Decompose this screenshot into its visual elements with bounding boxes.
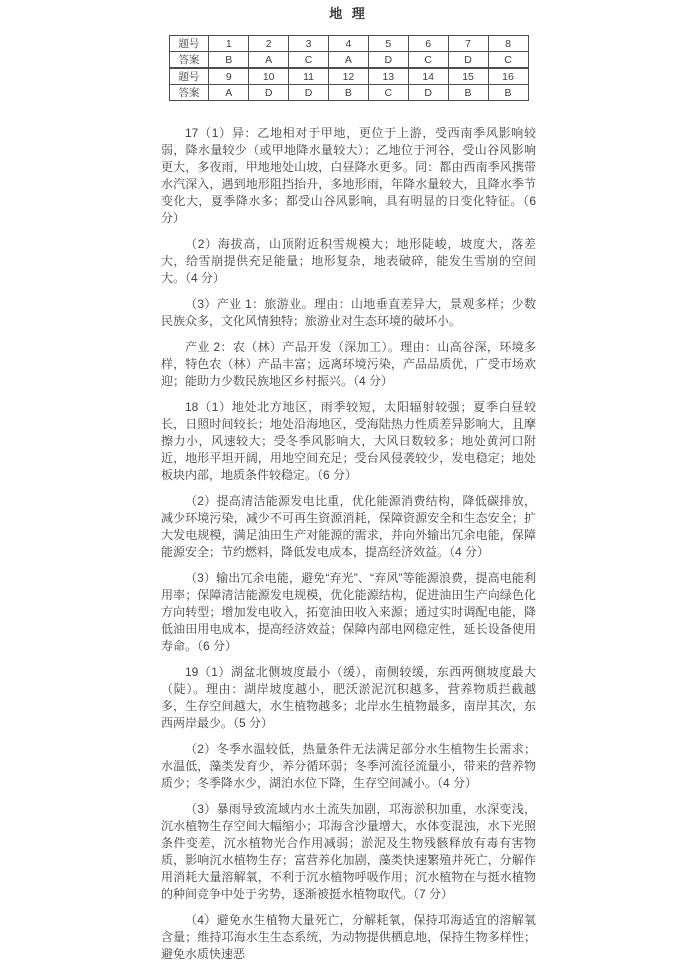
- answer-cell: D: [368, 52, 408, 69]
- answer-cell: A: [249, 52, 289, 69]
- answer-cell: 12: [329, 68, 369, 85]
- answer-cell: D: [249, 85, 289, 101]
- answer-17-1: 17（1）异：乙地相对于甲地，更位于上游，受西南季风影响较弱，降水量较少（或甲地…: [161, 125, 536, 227]
- answer-17-3-industry2: 产业 2：农（林）产品开发（深加工）。理由：山高谷深，环境多样，特色农（林）产品…: [161, 339, 536, 390]
- answer-cell: 4: [329, 36, 369, 52]
- answer-cell: 16: [488, 68, 528, 85]
- row-label-cell: 题号: [169, 68, 209, 85]
- answer-cell: D: [289, 85, 329, 101]
- answer-cell: 8: [488, 36, 528, 52]
- answer-table-row: 答案BACADCDC: [169, 52, 528, 69]
- answer-cell: 2: [249, 36, 289, 52]
- answer-cell: 10: [249, 68, 289, 85]
- answer-18-2: （2）提高清洁能源发电比重，优化能源消费结构，降低碳排放，减少环境污染，减少不可…: [161, 493, 536, 561]
- answer-cell: 9: [209, 68, 249, 85]
- answer-cell: B: [209, 52, 249, 69]
- answer-17-3-industry1: （3）产业 1：旅游业。理由：山地垂直差异大，景观多样；少数民族众多，文化风情独…: [161, 296, 536, 330]
- answer-cell: A: [209, 85, 249, 101]
- answer-18-1: 18（1）地处北方地区，雨季较短，太阳辐射较强；夏季白昼较长，日照时间较长；地处…: [161, 399, 536, 484]
- answer-table-body: 题号12345678答案BACADCDC题号910111213141516答案A…: [169, 36, 528, 101]
- answer-17-2: （2）海拔高，山顶附近积雪规模大；地形陡峻，坡度大，落差大，给雪崩提供充足能量；…: [161, 236, 536, 287]
- answer-table-row: 答案ADDBCDBB: [169, 85, 528, 101]
- answer-cell: 13: [368, 68, 408, 85]
- answer-cell: C: [488, 52, 528, 69]
- row-label-cell: 答案: [169, 85, 209, 101]
- answer-cell: A: [329, 52, 369, 69]
- answer-cell: B: [448, 85, 488, 101]
- answer-cell: 1: [209, 36, 249, 52]
- answer-cell: 7: [448, 36, 488, 52]
- answer-19-1: 19（1）湖盆北侧坡度最小（缓），南侧较缓，东西两侧坡度最大（陡）。理由：湖岸坡…: [161, 664, 536, 732]
- answer-cell: 6: [408, 36, 448, 52]
- answer-cell: 5: [368, 36, 408, 52]
- answer-cell: C: [368, 85, 408, 101]
- answer-cell: C: [408, 52, 448, 69]
- answer-cell: B: [488, 85, 528, 101]
- answer-cell: 11: [289, 68, 329, 85]
- answer-cell: D: [448, 52, 488, 69]
- answer-key-table: 题号12345678答案BACADCDC题号910111213141516答案A…: [169, 35, 529, 101]
- page-title: 地 理: [161, 6, 536, 22]
- answer-cell: 3: [289, 36, 329, 52]
- answer-cell: 15: [448, 68, 488, 85]
- answer-cell: C: [289, 52, 329, 69]
- answer-cell: 14: [408, 68, 448, 85]
- row-label-cell: 答案: [169, 52, 209, 69]
- answer-19-3: （3）暴雨导致流域内水土流失加剧，邛海淤积加重，水深变浅，沉水植物生存空间大幅缩…: [161, 801, 536, 846]
- row-label-cell: 题号: [169, 36, 209, 52]
- answer-18-3: （3）输出冗余电能，避免“弃光”、“弃风”等能源浪费，提高电能利用率；保障清洁能…: [161, 570, 536, 655]
- answer-table-row: 题号12345678: [169, 36, 528, 52]
- answers-section: 17（1）异：乙地相对于甲地，更位于上游，受西南季风影响较弱，降水量较少（或甲地…: [161, 125, 536, 846]
- answer-19-2: （2）冬季水温较低，热量条件无法满足部分水生植物生长需求；水温低，藻类发育少，养…: [161, 741, 536, 792]
- document-page: 地 理 题号12345678答案BACADCDC题号91011121314151…: [161, 0, 536, 846]
- answer-table-row: 题号910111213141516: [169, 68, 528, 85]
- answer-cell: B: [329, 85, 369, 101]
- answer-cell: D: [408, 85, 448, 101]
